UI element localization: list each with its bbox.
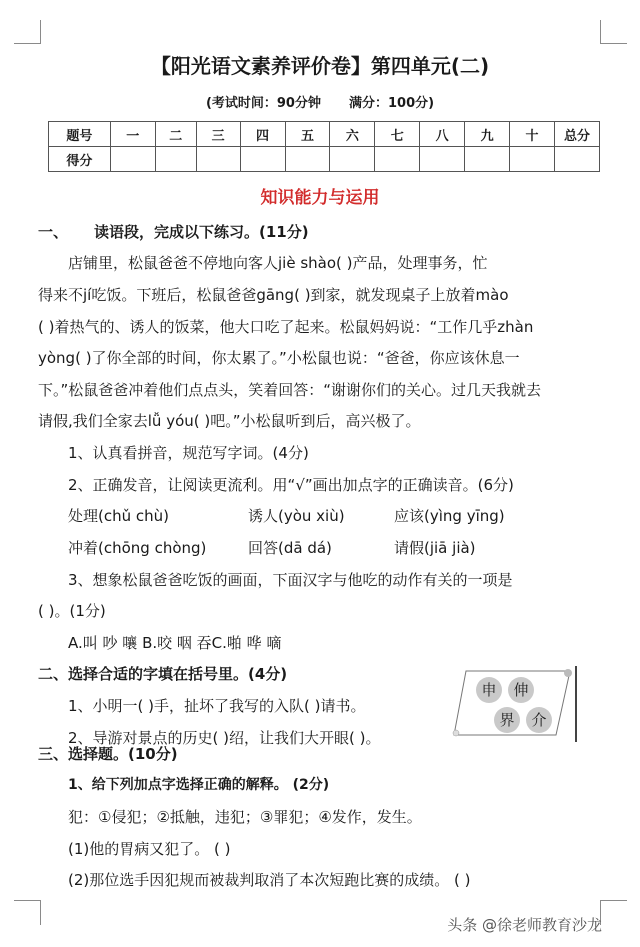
score-table-score-row: 得分 [49,147,600,172]
word-choice-box: 申 伸 界 介 [452,669,572,737]
section2-heading: 二、选择合适的字填在括号里。(4分) [38,663,287,684]
score-table: 题号 一 二 三 四 五 六 七 八 九 十 总分 得分 [48,121,600,172]
question-3-1: 1、给下列加点字选择正确的解释。 (2分) [68,774,329,794]
word-chip: 伸 [508,677,534,703]
section-banner: 知识能力与运用 [0,183,640,208]
crop-mark-top-left [14,20,41,44]
header-cell: 十 [510,122,555,147]
pinyin-choice: 请假(jiā jià) [394,537,476,558]
exam-time: (考试时间：90分钟 [206,96,321,111]
watermark: 头条 @徐老师教育沙龙 [447,914,602,935]
passage-line: ( )着热气的、诱人的饭菜，他大口吃了起来。松鼠妈妈说：“工作几乎zhàn [38,316,533,337]
question-1-3-options: A.叫 吵 嚷 B.咬 咽 吞C.啪 哗 嘀 [68,632,281,653]
section3-heading: 三、选择题。(10分) [38,743,178,764]
header-cell: 八 [420,122,465,147]
question-1-3-answer: ( )。(1分) [38,600,106,621]
header-cell: 总分 [554,122,599,147]
score-cell [554,147,599,172]
header-cell: 六 [330,122,375,147]
pinyin-choice: 冲着(chōng chòng) [68,537,206,558]
page-title: 【阳光语文素养评价卷】第四单元(二) [0,50,640,79]
question-2-1: 1、小明一( )手，扯坏了我写的入队( )请书。 [68,695,366,716]
passage-line: 下。”松鼠爸爸冲着他们点点头，笑着回答：“谢谢你们的关心。过几天我就去 [38,379,541,400]
crop-mark-bottom-right [600,900,627,925]
passage-line: 请假,我们全家去lǚ yóu( )吧。”小松鼠听到后，高兴极了。 [38,410,421,431]
score-cell [155,147,196,172]
score-cell [110,147,155,172]
score-cell [375,147,420,172]
header-cell: 三 [196,122,240,147]
score-cell [196,147,240,172]
score-cell [465,147,510,172]
full-score: 满分：100分) [349,96,434,111]
word-chip: 介 [526,707,552,733]
crop-mark-bottom-left [14,900,41,925]
question-1-1: 1、认真看拼音，规范写字词。(4分) [68,442,309,463]
header-cell: 二 [155,122,196,147]
question-3-1-item: (1)他的胃病又犯了。 ( ) [68,838,231,859]
score-row-label: 得分 [49,147,111,172]
passage-line: 得来不jí吃饭。下班后，松鼠爸爸gāng( )到家，就发现桌子上放着mào [38,284,509,305]
header-cell: 四 [240,122,285,147]
word-chip: 界 [494,707,520,733]
score-table-header-row: 题号 一 二 三 四 五 六 七 八 九 十 总分 [49,122,600,147]
pinyin-choice: 处理(chǔ chù) [68,505,169,526]
section1-number: 一、 [38,223,68,241]
word-chip: 申 [476,677,502,703]
section1-heading: 一、读语段，完成以下练习。(11分) [38,221,309,242]
pinyin-choice: 诱人(yòu xiù) [248,505,345,526]
passage-line: yòng( )了你全部的时间，你太累了。”小松鼠也说：“爸爸，你应该休息一 [38,347,520,368]
question-1-2: 2、正确发音，让阅读更流利。用“√”画出加点字的正确读音。(6分) [68,474,514,495]
exam-info: (考试时间：90分钟满分：100分) [0,92,640,111]
question-1-3: 3、想象松鼠爸爸吃饭的画面，下面汉字与他吃的动作有关的一项是 [68,569,513,590]
pinyin-choice: 回答(dā dá) [248,537,332,558]
score-cell [420,147,465,172]
header-cell: 五 [285,122,330,147]
score-cell [285,147,330,172]
score-cell [240,147,285,172]
header-cell: 一 [110,122,155,147]
question-3-1-item: (2)那位选手因犯规而被裁判取消了本次短跑比赛的成绩。 ( ) [68,869,471,890]
definition-list: 犯：①侵犯；②抵触，违犯；③罪犯；④发作，发生。 [68,806,422,827]
pinyin-choice: 应该(yìng yīng) [394,505,505,526]
score-cell [330,147,375,172]
header-cell: 九 [465,122,510,147]
header-cell: 七 [375,122,420,147]
header-cell: 题号 [49,122,111,147]
section1-title: 读语段，完成以下练习。(11分) [94,223,309,241]
crop-mark-top-right [600,20,627,44]
margin-divider [575,666,577,742]
score-cell [510,147,555,172]
passage-line: 店铺里，松鼠爸爸不停地向客人jiè shào( )产品，处理事务，忙 [68,252,488,273]
